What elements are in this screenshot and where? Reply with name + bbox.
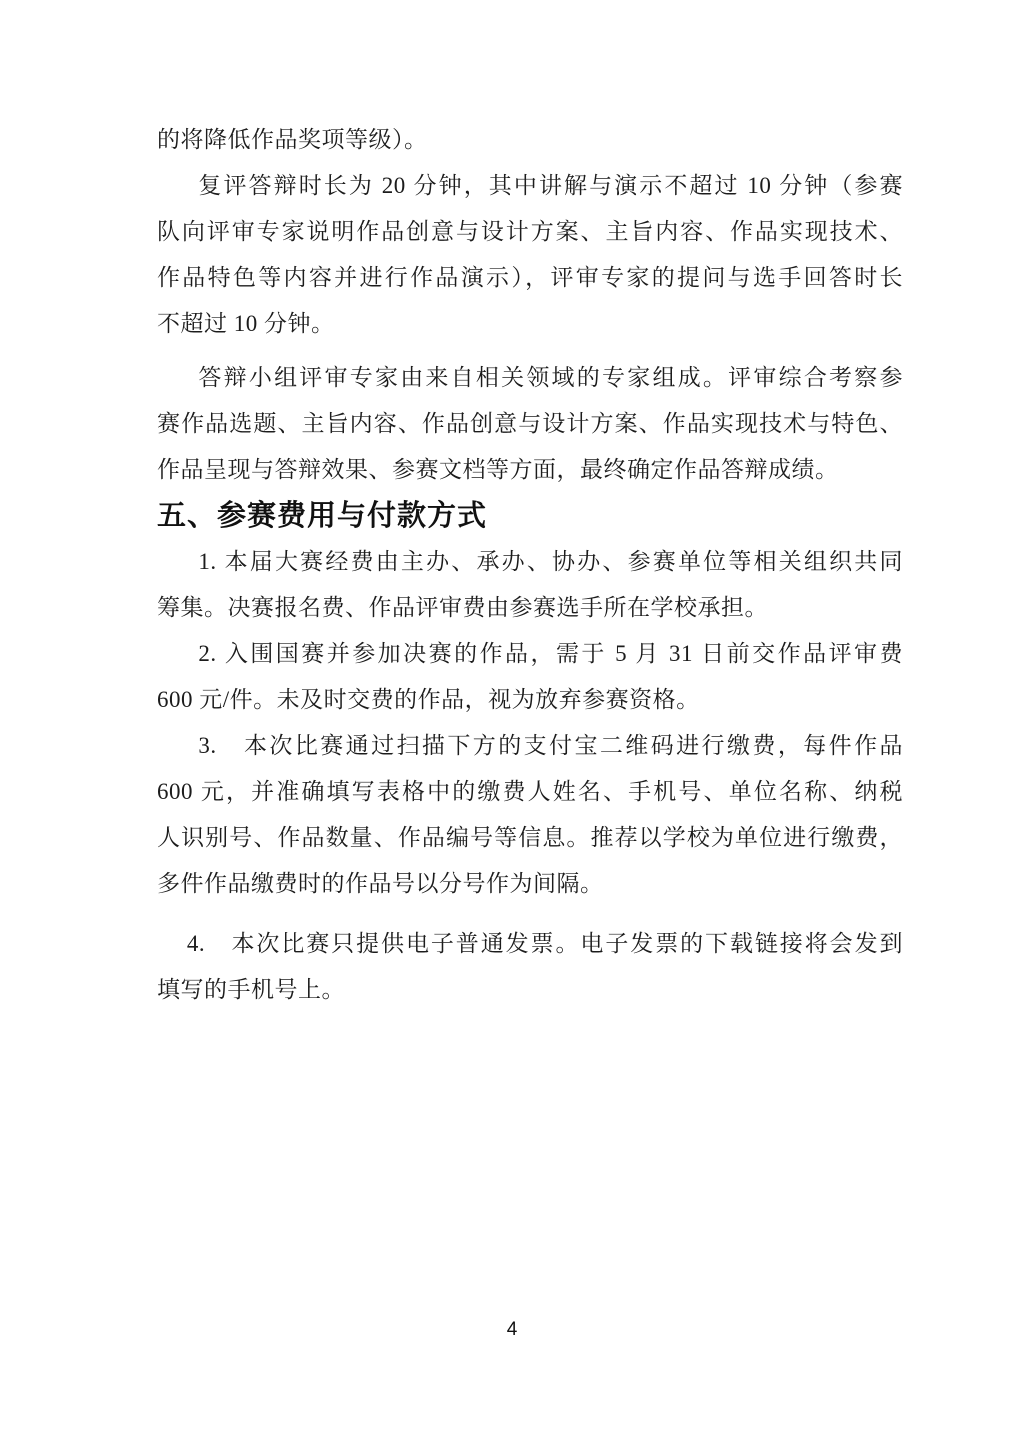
text-line: 多件作品缴费时的作品号以分号作为间隔。 <box>157 861 903 907</box>
text-line: 2. 入围国赛并参加决赛的作品，需于 5 月 31 日前交作品评审费 <box>157 631 903 677</box>
text-line: 600 元/件。未及时交费的作品，视为放弃参赛资格。 <box>157 677 903 723</box>
text-line: 1. 本届大赛经费由主办、承办、协办、参赛单位等相关组织共同 <box>157 539 903 585</box>
text-line: 人识别号、作品数量、作品编号等信息。推荐以学校为单位进行缴费， <box>157 815 903 861</box>
text-line: 的将降低作品奖项等级）。 <box>157 117 903 163</box>
text-line: 3. 本次比赛通过扫描下方的支付宝二维码进行缴费，每件作品 <box>157 723 903 769</box>
paragraph-item-4-invoice: 4. 本次比赛只提供电子普通发票。电子发票的下载链接将会发到填写的手机号上。 <box>157 921 903 1013</box>
text-line: 队向评审专家说明作品创意与设计方案、主旨内容、作品实现技术、 <box>157 209 903 255</box>
paragraph-item-1-funding: 1. 本届大赛经费由主办、承办、协办、参赛单位等相关组织共同筹集。决赛报名费、作… <box>157 539 903 631</box>
text-line: 筹集。决赛报名费、作品评审费由参赛选手所在学校承担。 <box>157 585 903 631</box>
text-line: 600 元，并准确填写表格中的缴费人姓名、手机号、单位名称、纳税 <box>157 769 903 815</box>
text-line: 填写的手机号上。 <box>157 967 903 1013</box>
paragraph-review-panel: 答辩小组评审专家由来自相关领域的专家组成。评审综合考察参赛作品选题、主旨内容、作… <box>157 355 903 493</box>
paragraph-continuation: 的将降低作品奖项等级）。 <box>157 117 903 163</box>
text-line: 不超过 10 分钟。 <box>157 301 903 347</box>
text-line: 4. 本次比赛只提供电子普通发票。电子发票的下载链接将会发到 <box>157 921 903 967</box>
paragraph-item-3-alipay-payment: 3. 本次比赛通过扫描下方的支付宝二维码进行缴费，每件作品600 元，并准确填写… <box>157 723 903 907</box>
text-line: 赛作品选题、主旨内容、作品创意与设计方案、作品实现技术与特色、 <box>157 401 903 447</box>
text-line: 复评答辩时长为 20 分钟，其中讲解与演示不超过 10 分钟（参赛 <box>157 163 903 209</box>
paragraph-defense-duration: 复评答辩时长为 20 分钟，其中讲解与演示不超过 10 分钟（参赛队向评审专家说… <box>157 163 903 347</box>
section-heading-fees: 五、参赛费用与付款方式 <box>157 493 903 539</box>
text-line: 作品呈现与答辩效果、参赛文档等方面，最终确定作品答辩成绩。 <box>157 447 903 493</box>
page-number: 4 <box>507 1319 518 1340</box>
paragraph-item-2-review-fee: 2. 入围国赛并参加决赛的作品，需于 5 月 31 日前交作品评审费600 元/… <box>157 631 903 723</box>
document-page: 的将降低作品奖项等级）。复评答辩时长为 20 分钟，其中讲解与演示不超过 10 … <box>0 0 1024 1448</box>
text-line: 答辩小组评审专家由来自相关领域的专家组成。评审综合考察参 <box>157 355 903 401</box>
document-content: 的将降低作品奖项等级）。复评答辩时长为 20 分钟，其中讲解与演示不超过 10 … <box>157 117 903 1013</box>
text-line: 作品特色等内容并进行作品演示），评审专家的提问与选手回答时长 <box>157 255 903 301</box>
page-footer: 4 <box>0 1318 1024 1342</box>
